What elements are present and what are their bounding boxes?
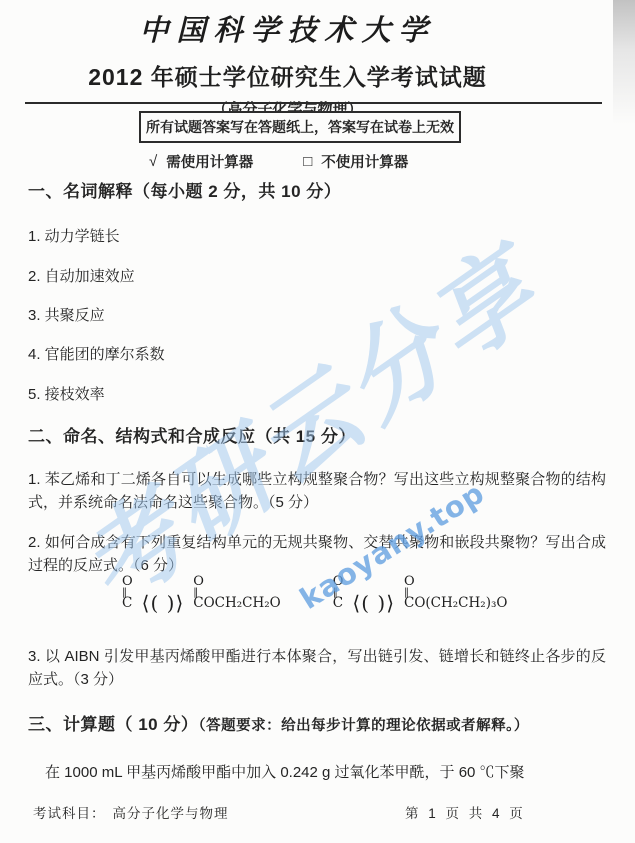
carbon-atom: C xyxy=(333,597,343,609)
ester-group-right: O ‖ CO(CH₂CH₂)₃O xyxy=(404,576,507,609)
calculator-not-required-label: 不使用计算器 xyxy=(321,151,408,172)
answer-notice-text: 所有试题答案写在答题纸上，答案写在试卷上无效 xyxy=(146,119,454,135)
question-2-1: 1. 苯乙烯和丁二烯各自可以生成哪些立构规整聚合物？写出这些立构规整聚合物的结构… xyxy=(28,468,606,514)
benzene-ring-icon: ⟨( )⟩ xyxy=(142,594,185,612)
scan-edge-shadow xyxy=(613,0,635,125)
calculator-options-row: √ 需使用计算器 □ 不使用计算器 xyxy=(149,151,408,172)
term-item: 3. 共聚反应 xyxy=(28,304,105,325)
repeat-unit-formulas: O ‖ C ⟨( )⟩ O ‖ COCH₂CH₂O O ‖ C ⟨( )⟩ O … xyxy=(122,576,507,609)
ester-chain-formula: COCH₂CH₂O xyxy=(193,597,281,609)
question-2-2: 2. 如何合成含有下列重复结构单元的无规共聚物、交替共聚物和嵌段共聚物？写出合成… xyxy=(28,531,606,577)
section-three-heading: 三、计算题（ 10 分）（答题要求：给出每步计算的理论依据或者解释。） xyxy=(28,710,529,735)
term-item: 2. 自动加速效应 xyxy=(28,265,135,286)
question-2-3: 3. 以 AIBN 引发甲基丙烯酸甲酯进行本体聚合，写出链引发、链增长和链终止各… xyxy=(28,645,606,691)
term-item: 4. 官能团的摩尔系数 xyxy=(28,343,165,364)
calculator-not-required-option: □ 不使用计算器 xyxy=(303,151,408,172)
benzene-ring-icon: ⟨( )⟩ xyxy=(352,594,395,612)
chemical-structure-2: O ‖ C ⟨( )⟩ O ‖ CO(CH₂CH₂)₃O xyxy=(333,576,508,609)
calculator-required-label: 需使用计算器 xyxy=(166,151,253,172)
check-icon: √ xyxy=(149,153,157,170)
footer-subject: 考试科目：高分子化学与物理 xyxy=(33,802,229,822)
exam-title: 2012 年硕士学位研究生入学考试试题 xyxy=(0,59,575,92)
footer-page-number: 第 1 页 共 4 页 xyxy=(405,802,526,822)
carbon-atom: C xyxy=(122,597,132,609)
footer-subject-value: 高分子化学与物理 xyxy=(113,806,229,821)
university-name: 中国科学技术大学 xyxy=(0,8,575,49)
section-three-note: （答题要求：给出每步计算的理论依据或者解释。） xyxy=(198,718,529,734)
footer-subject-label: 考试科目： xyxy=(33,806,106,821)
section-one-heading: 一、名词解释（每小题 2 分，共 10 分） xyxy=(28,177,341,202)
checkbox-empty-icon: □ xyxy=(303,153,312,170)
ester-chain-formula: CO(CH₂CH₂)₃O xyxy=(404,597,507,609)
section-three-title: 三、计算题（ 10 分） xyxy=(28,715,198,734)
calculator-required-option: √ 需使用计算器 xyxy=(149,151,253,172)
answer-notice-box: 所有试题答案写在答题纸上，答案写在试卷上无效 xyxy=(139,111,461,143)
term-item: 5. 接枝效率 xyxy=(28,383,105,404)
term-item: 1. 动力学链长 xyxy=(28,225,120,246)
exam-paper-page: 中国科学技术大学 2012 年硕士学位研究生入学考试试题 （高分子化学与物理） … xyxy=(0,0,635,843)
carbonyl-left: O ‖ C xyxy=(333,576,344,609)
section-two-heading: 二、命名、结构式和合成反应（共 15 分） xyxy=(28,422,356,447)
chemical-structure-1: O ‖ C ⟨( )⟩ O ‖ COCH₂CH₂O xyxy=(122,576,281,609)
header-divider xyxy=(25,102,602,104)
ester-group-right: O ‖ COCH₂CH₂O xyxy=(193,576,281,609)
calculation-problem-text: 在 1000 mL 甲基丙烯酸甲酯中加入 0.242 g 过氧化苯甲酰，于 60… xyxy=(45,761,605,784)
carbonyl-left: O ‖ C xyxy=(122,576,133,609)
